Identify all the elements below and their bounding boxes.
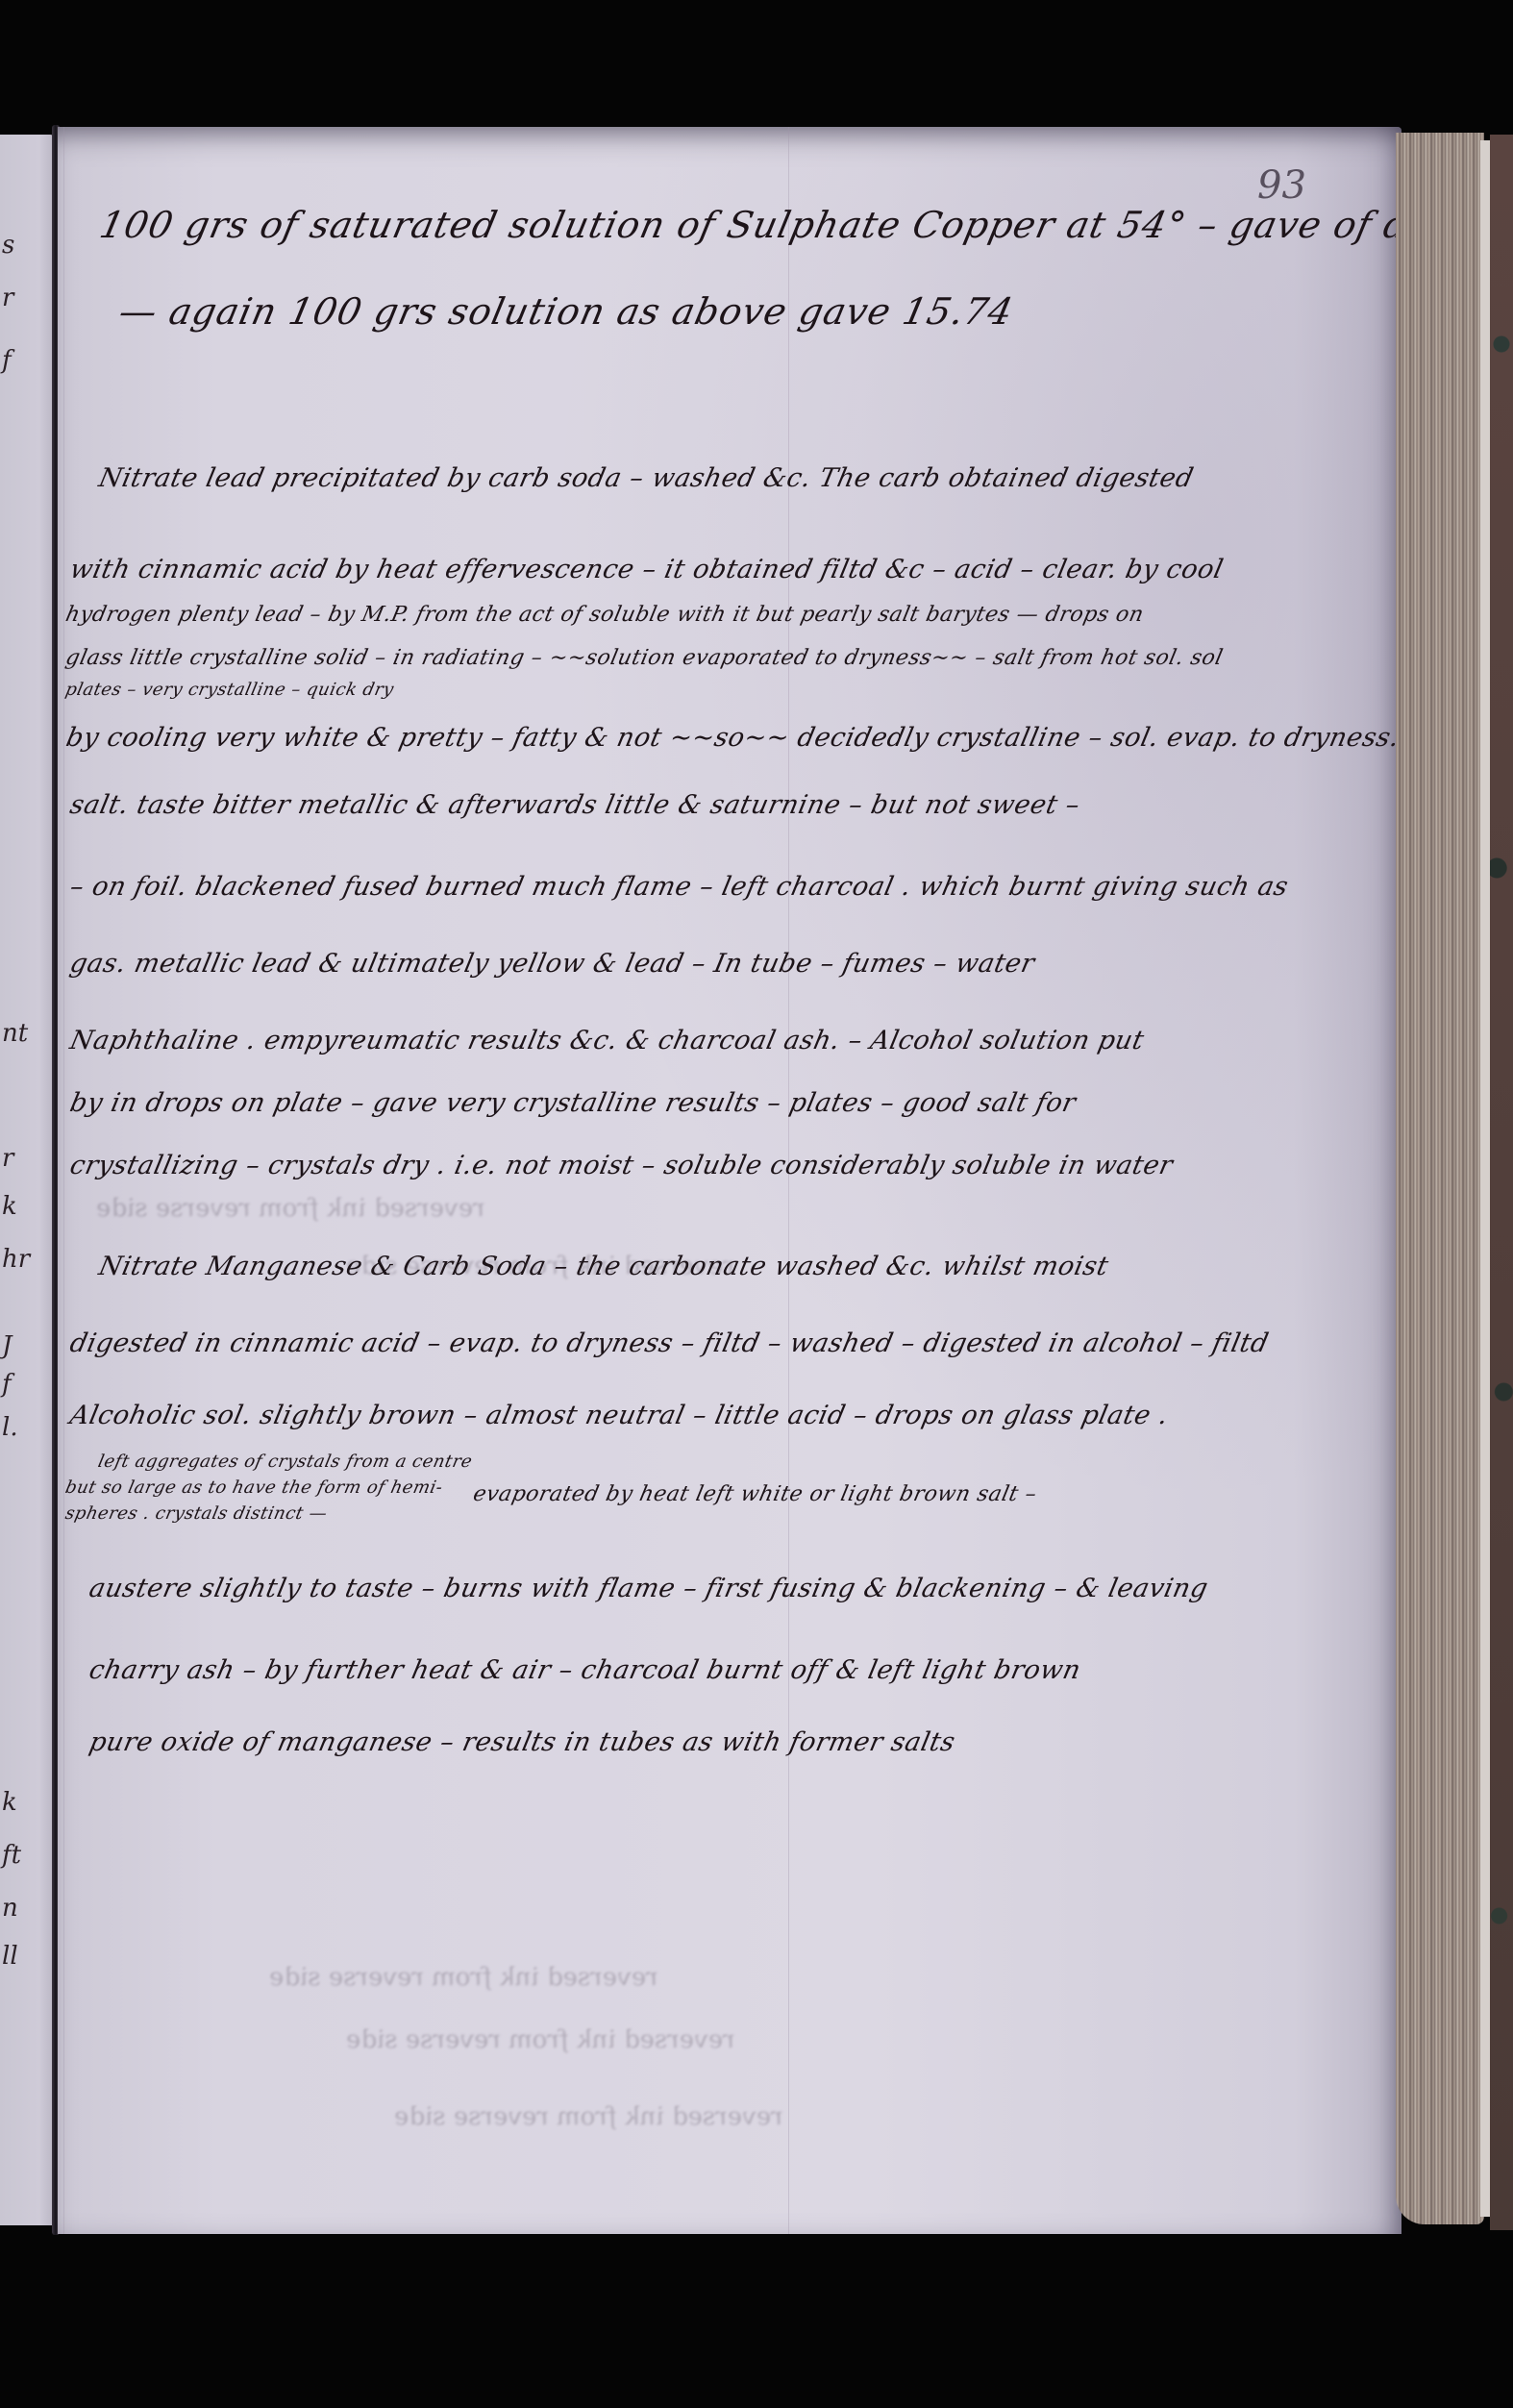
facing-fragment: r: [2, 284, 13, 312]
entry-line: but so large as to have the form of hemi…: [63, 1477, 445, 1498]
entry-line: plates – very crystalline – quick dry: [63, 680, 396, 700]
facing-fragment: hr: [2, 1245, 30, 1274]
show-through-text: reversed ink from reverse side: [93, 1194, 487, 1223]
endpaper: [1480, 140, 1490, 2217]
entry-line: Nitrate lead precipitated by carb soda –…: [96, 463, 1197, 493]
entry-line: charry ash – by further heat & air – cha…: [87, 1655, 1083, 1685]
facing-page: s r f nt r k hr J f l. k ft n ll: [0, 135, 56, 2225]
entry-line: by cooling very white & pretty – fatty &…: [63, 723, 1486, 753]
margin-rule: [63, 127, 64, 2234]
show-through-text: reversed ink from reverse side: [391, 2102, 785, 2131]
entry-line: – on foil. blackened fused burned much f…: [67, 872, 1291, 902]
marbled-cover: [1490, 135, 1513, 2230]
facing-fragment: ll: [2, 1942, 18, 1971]
fold-line: [788, 127, 789, 2234]
entry-line: spheres . crystals distinct —: [63, 1503, 330, 1524]
facing-fragment: k: [2, 1192, 17, 1221]
notebook-page: 93 100 grs of saturated solution of Sulp…: [58, 127, 1401, 2234]
entry-line: evaporated by heat left white or light b…: [471, 1482, 1039, 1506]
facing-fragment: l.: [2, 1413, 18, 1442]
page-stack-fore-edge: [1396, 133, 1484, 2224]
show-through-text: reversed ink from reverse side: [343, 2025, 737, 2054]
show-through-text: reversed ink from reverse side: [266, 1963, 660, 1992]
facing-fragment: nt: [2, 1019, 28, 1048]
entry-line: left aggregates of crystals from a centr…: [96, 1452, 474, 1472]
facing-fragment: k: [2, 1788, 17, 1817]
facing-fragment: r: [2, 1144, 13, 1173]
entry-line: Alcoholic sol. slightly brown – almost n…: [67, 1401, 1171, 1430]
entry-line: digested in cinnamic acid – evap. to dry…: [67, 1328, 1272, 1358]
entry-line: glass little crystalline solid – in radi…: [63, 646, 1226, 670]
entry-line: by in drops on plate – gave very crystal…: [67, 1088, 1079, 1118]
page-number: 93: [1257, 163, 1306, 208]
facing-fragment: n: [2, 1894, 18, 1923]
entry-line: — again 100 grs solution as above gave 1…: [115, 290, 1017, 333]
entry-line: Naphthaline . empyreumatic results &c. &…: [67, 1026, 1147, 1055]
facing-fragment: s: [2, 231, 14, 260]
entry-line: Nitrate Manganese & Carb Soda – the carb…: [96, 1252, 1111, 1281]
manuscript-scene: s r f nt r k hr J f l. k ft n ll 93 100 …: [0, 0, 1513, 2408]
facing-fragment: J: [2, 1331, 12, 1360]
entry-line: salt. taste bitter metallic & afterwards…: [67, 790, 1082, 820]
facing-fragment: ft: [2, 1841, 21, 1870]
entry-line: crystallizing – crystals dry . i.e. not …: [67, 1151, 1176, 1180]
entry-line: hydrogen plenty lead – by M.P. from the …: [63, 603, 1146, 627]
facing-fragment: f: [2, 346, 12, 375]
facing-fragment: f: [2, 1370, 12, 1399]
entry-line: pure oxide of manganese – results in tub…: [87, 1727, 958, 1757]
entry-line: austere slightly to taste – burns with f…: [87, 1574, 1211, 1603]
entry-line: 100 grs of saturated solution of Sulphat…: [96, 204, 1513, 246]
entry-line: gas. metallic lead & ultimately yellow &…: [67, 949, 1037, 979]
entry-line: with cinnamic acid by heat effervescence…: [67, 555, 1227, 584]
